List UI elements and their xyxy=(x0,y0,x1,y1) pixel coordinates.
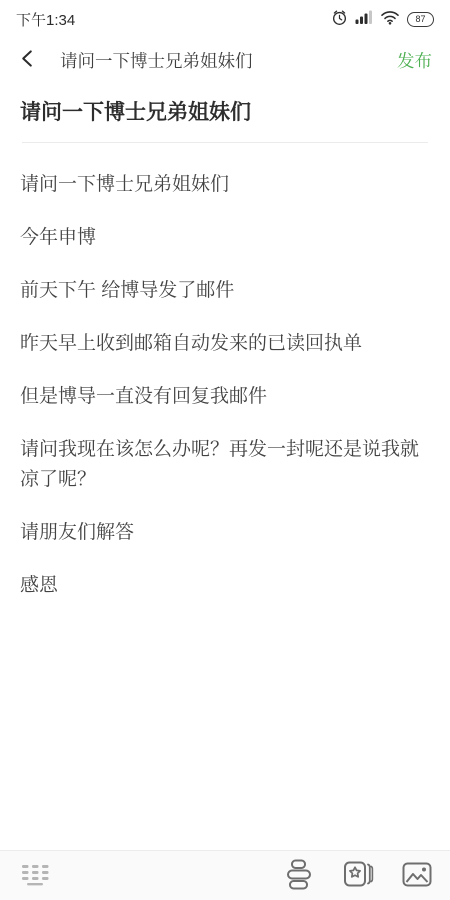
body-paragraph: 感恩 xyxy=(20,571,430,601)
editor-toolbar xyxy=(0,850,450,900)
post-body-editor[interactable]: 请问一下博士兄弟姐妹们 今年申博 前天下午 给博导发了邮件 昨天早上收到邮箱自动… xyxy=(0,143,450,601)
body-paragraph: 请问我现在该怎么办呢？再发一封呢还是说我就凉了呢？ xyxy=(20,435,430,495)
format-blocks-icon xyxy=(284,858,314,893)
status-icons: 87 xyxy=(331,9,434,30)
insert-image-button[interactable] xyxy=(400,859,434,893)
signal-icon xyxy=(355,10,373,28)
sticker-button[interactable] xyxy=(341,859,375,893)
chevron-left-icon xyxy=(18,49,37,71)
body-paragraph: 今年申博 xyxy=(20,223,430,253)
keyboard-toggle-button[interactable] xyxy=(18,859,52,893)
publish-button[interactable]: 发布 xyxy=(397,48,432,73)
body-paragraph: 请问一下博士兄弟姐妹们 xyxy=(20,170,430,200)
app-screen: 下午1:34 xyxy=(0,0,450,900)
nav-bar: 请问一下博士兄弟姐妹们 发布 xyxy=(0,34,450,86)
format-button[interactable] xyxy=(282,859,316,893)
post-title-input[interactable]: 请问一下博士兄弟姐妹们 xyxy=(20,99,430,127)
body-paragraph: 但是博导一直没有回复我邮件 xyxy=(20,382,430,412)
image-icon xyxy=(401,861,433,891)
sticker-card-icon xyxy=(342,859,374,892)
alarm-icon xyxy=(331,9,348,30)
status-time: 下午1:34 xyxy=(16,9,75,30)
battery-icon: 87 xyxy=(407,12,434,27)
nav-title: 请问一下博士兄弟姐妹们 xyxy=(60,48,397,73)
body-paragraph: 请朋友们解答 xyxy=(20,518,430,548)
back-button[interactable] xyxy=(18,45,48,75)
wifi-icon xyxy=(380,9,400,29)
body-paragraph: 前天下午 给博导发了邮件 xyxy=(20,276,430,306)
status-bar: 下午1:34 xyxy=(0,0,450,34)
body-paragraph: 昨天早上收到邮箱自动发来的已读回执单 xyxy=(20,329,430,359)
toolbar-right-group xyxy=(282,859,434,893)
keyboard-icon xyxy=(19,862,51,889)
